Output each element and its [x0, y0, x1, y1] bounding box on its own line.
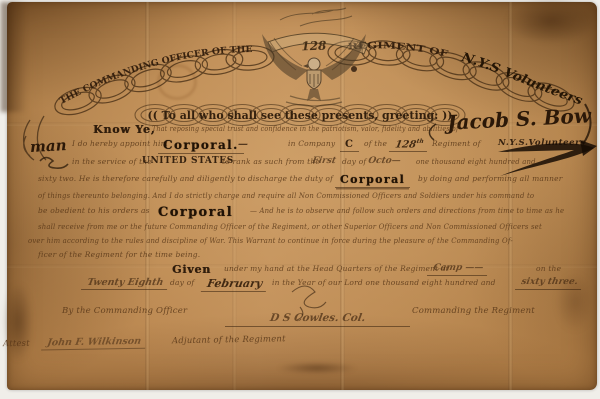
body-line-3: in the service of the UNITED STATES to r…: [0, 157, 600, 173]
body-line-11: Twenty Eighth day of February in the Yea…: [0, 278, 600, 294]
by-commanding-script: By the Commanding Officer: [62, 306, 187, 317]
adjutant-title-script: Adjutant of the Regiment: [172, 334, 286, 347]
orders-script: — And he is to observe and follow such o…: [250, 206, 564, 215]
first-day-entry: First: [311, 157, 337, 167]
recipient-name-line: Jacob S. Bow: [0, 109, 600, 125]
service-script: in the service of the: [72, 157, 152, 166]
regiment-number-entry: 128th: [389, 139, 429, 152]
appoint-script: I do hereby appoint him: [72, 139, 168, 148]
attest-line: Attest John F. Wilkinson Adjutant of the…: [0, 329, 600, 355]
year-script: one thousand eight hundred and: [416, 157, 536, 166]
recipient-name-part2: man: [30, 138, 67, 155]
united-states-caps: UNITED STATES: [142, 157, 234, 167]
on-the-script: on the: [536, 264, 561, 273]
know-ye-label: Know Ye,: [93, 124, 155, 136]
attest-label: Attest: [3, 339, 30, 350]
rank-stamp-1: Corporal: [335, 174, 410, 188]
signature-rule: D S Cowles. Col.: [225, 306, 410, 327]
body-line-4: sixty two. He is therefore carefully and…: [0, 174, 600, 190]
pen-dash: —: [237, 139, 249, 150]
charge-script: of things thereunto belonging. And I do …: [38, 191, 534, 200]
month-entry-2: February: [201, 278, 269, 292]
camp-entry: Camp ——: [427, 264, 489, 276]
receive-script: shall receive from me or the future Comm…: [38, 222, 542, 231]
body-text-layer: Jacob S. Bow Know Ye, That reposing spec…: [0, 0, 600, 399]
regiment-of-script: Regiment of: [432, 139, 481, 148]
company-label: in Company: [288, 139, 335, 148]
preamble-script: That reposing special trust and confiden…: [152, 124, 458, 133]
colonel-signature: D S Cowles. Col.: [269, 313, 366, 325]
body-line-6: be obedient to his orders as Corporal — …: [0, 206, 600, 222]
year-entry: sixty three.: [515, 278, 584, 290]
rank-entry: Corporal.: [158, 139, 244, 154]
duty-after-script: by doing and performing all manner: [418, 174, 563, 183]
headquarters-script: under my hand at the Head Quarters of th…: [224, 264, 449, 273]
commanding-regiment-script: Commanding the Regiment: [412, 306, 535, 317]
volunteers-entry: N.Y.S.Volunteers: [498, 139, 586, 148]
duty-script: sixty two. He is therefore carefully and…: [38, 174, 333, 183]
given-label: Given: [172, 264, 211, 276]
body-line-5: of things thereunto belonging. And I do …: [0, 191, 600, 207]
company-entry: C: [340, 139, 359, 152]
day-entry: Twenty Eighth: [81, 278, 169, 290]
scanned-document: THE COMMANDING OFFICER OF THE REGIMENT O…: [0, 0, 600, 399]
month-entry: Octo—: [367, 157, 401, 167]
day-of-script-2: day of: [170, 278, 194, 287]
day-of-script: day of: [342, 157, 366, 166]
body-line-2: man I do hereby appoint him Corporal. — …: [0, 139, 600, 155]
time-being-script: ficer of the Regiment for the time being…: [38, 250, 200, 259]
discipline-script: over him according to the rules and disc…: [28, 236, 513, 245]
regiment-ordinal: th: [416, 138, 424, 145]
year-of-lord-script: in the Year of our Lord one thousand eig…: [272, 278, 496, 287]
regiment-number-value: 128: [394, 139, 417, 150]
of-the-script: of the: [364, 139, 387, 148]
obedient-script: be obedient to his orders as: [38, 206, 150, 215]
adjutant-signature: John F. Wilkinson: [41, 337, 147, 351]
rank-stamp-2: Corporal: [158, 206, 233, 220]
signature-line: By the Commanding Officer D S Cowles. Co…: [0, 306, 600, 322]
rank-from-script: to rank as such from the: [222, 157, 320, 166]
certificate-paper: THE COMMANDING OFFICER OF THE REGIMENT O…: [7, 2, 597, 390]
